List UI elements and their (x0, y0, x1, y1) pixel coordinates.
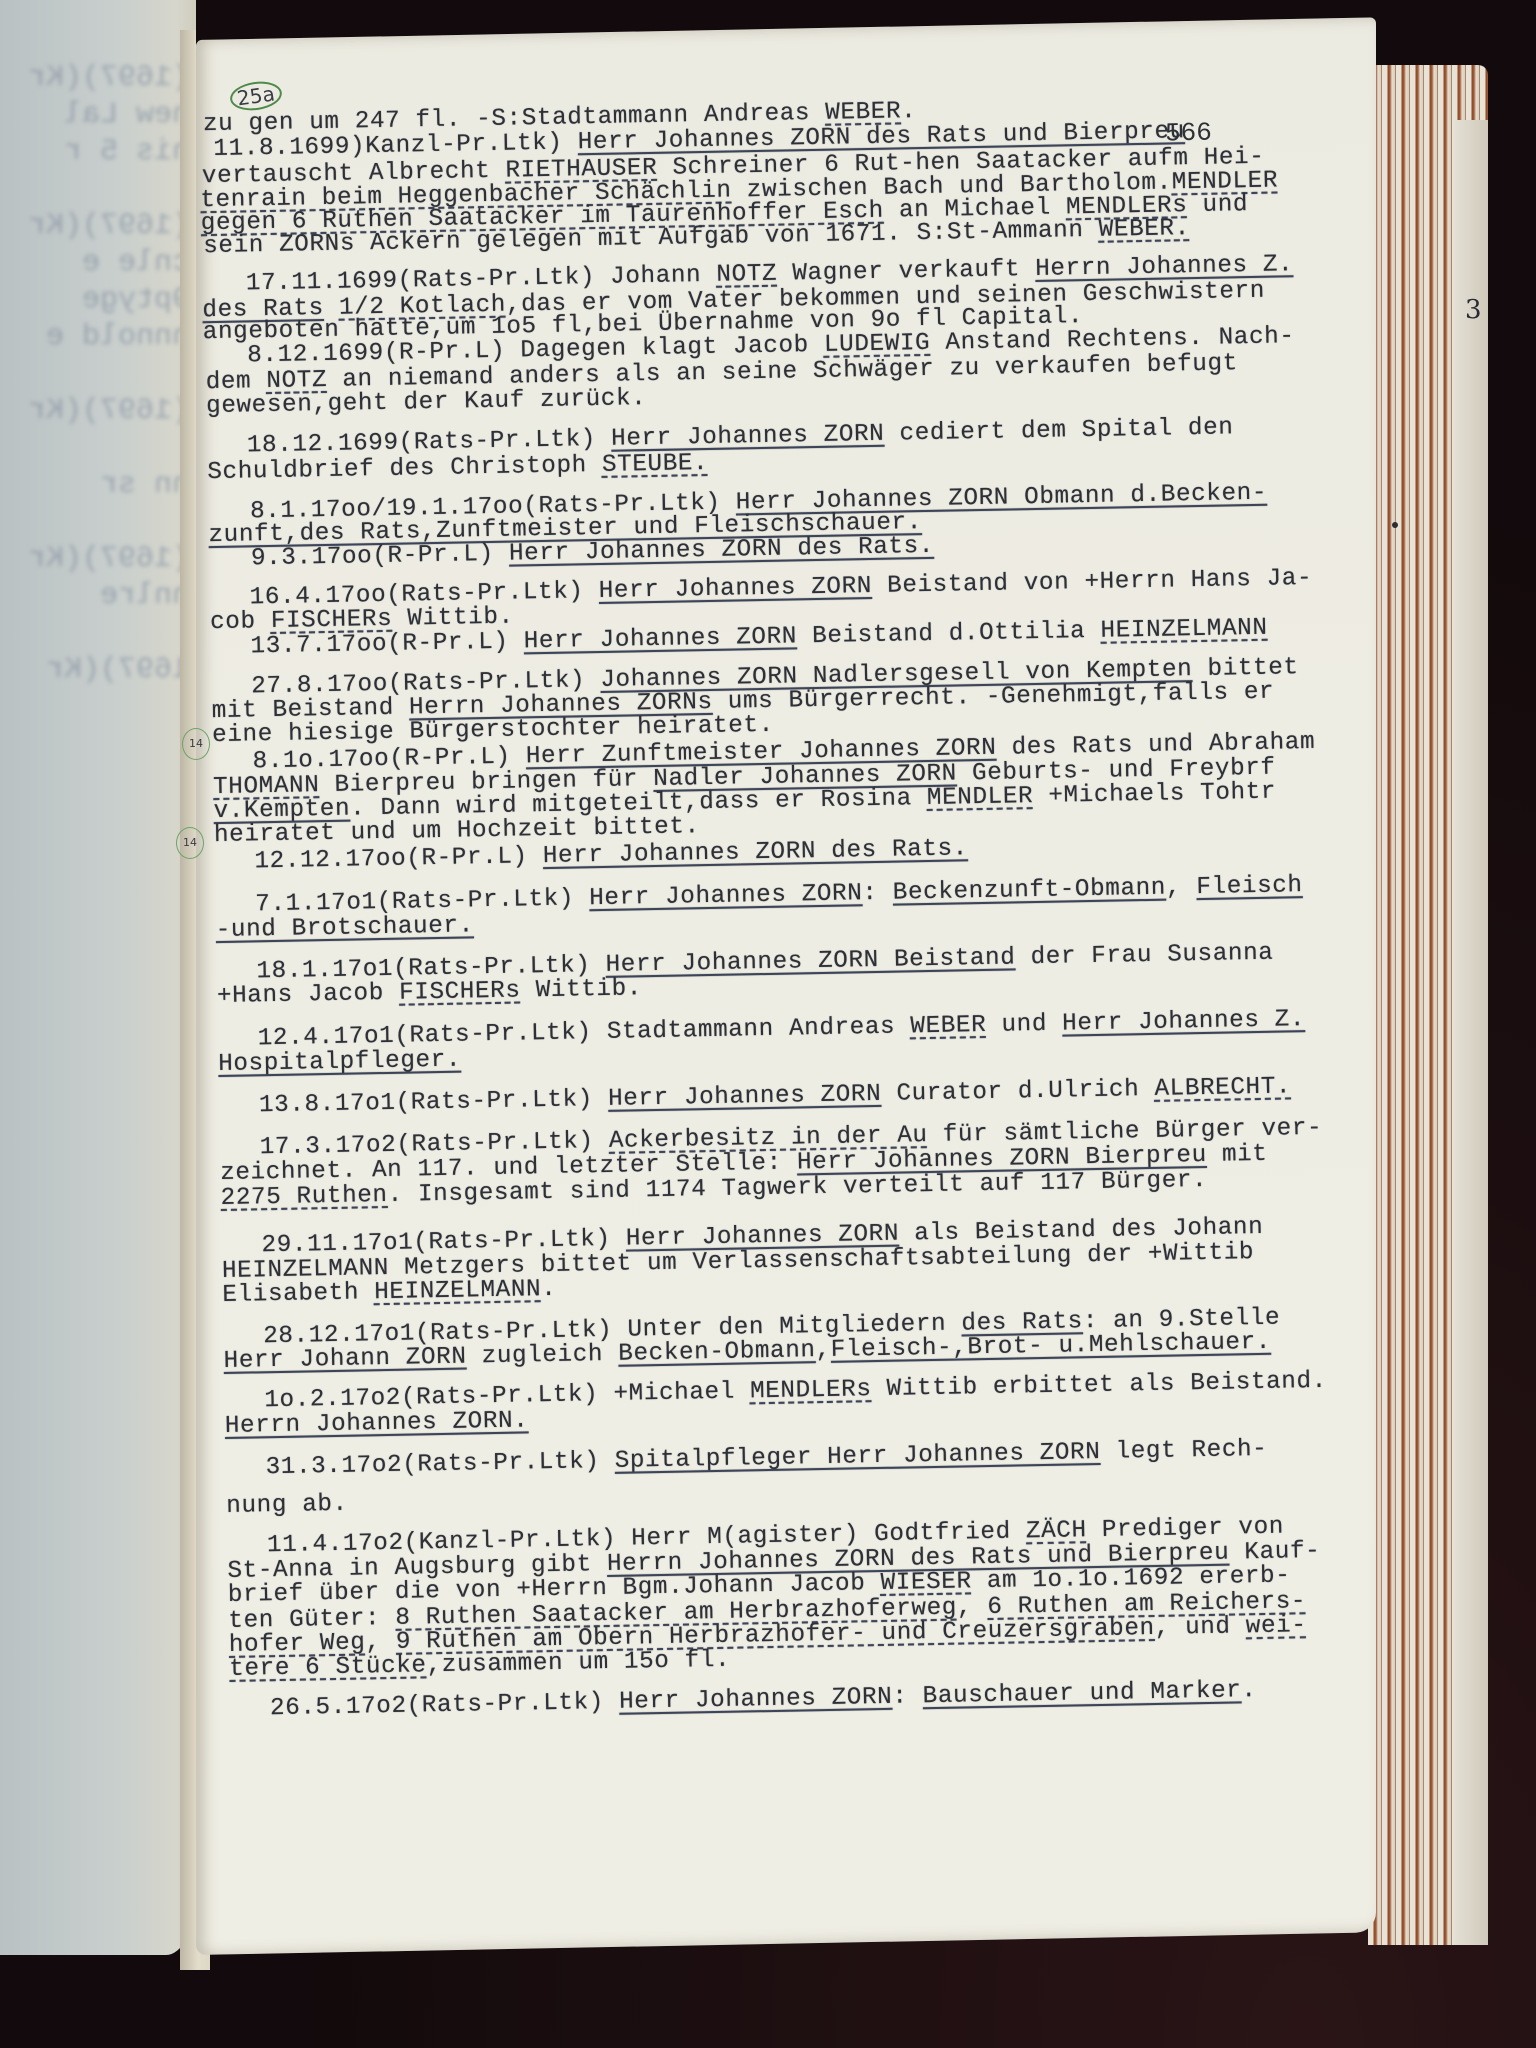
underlined-text: STEUBE. (602, 450, 709, 479)
left-facing-page: (1697)(Kr new Lal nis 5 r (1697)(Kr cnle… (0, 0, 196, 1955)
text-segment: 13.7.17oo(R-Pr.L) (250, 628, 524, 660)
text-segment: Curator d.Ulrich (881, 1076, 1155, 1108)
text-segment: und (986, 1011, 1062, 1039)
text-segment: , und (1155, 1613, 1247, 1642)
text-segment: gewesen,geht der Kauf zurück. (206, 385, 647, 420)
text-segment: ,zusammen um 15o fl. (426, 1647, 730, 1680)
text-segment: : (862, 880, 893, 908)
underlined-text: MENDLERs (750, 1376, 872, 1405)
last-leaf (1454, 120, 1488, 1945)
underlined-text: Bauschauer und Marker (922, 1677, 1241, 1710)
underlined-text: MENDLER (927, 783, 1034, 812)
margin-circle-note: 14 (182, 728, 210, 760)
text-segment: Wittib. (520, 975, 642, 1004)
underlined-text: HEINZELMANN (374, 1276, 541, 1306)
text-segment: mit (1207, 1141, 1268, 1169)
text-segment: +Hans Jacob (217, 980, 400, 1010)
underlined-text: NOTZ (716, 261, 777, 289)
page-edges-stack (1368, 65, 1488, 1945)
underlined-text: Herr Johannes ZORN (608, 1081, 882, 1113)
text-segment: , (815, 1337, 831, 1364)
underlined-text: Herr Johannes ZORN Beistand (605, 944, 1015, 979)
text-line: Herrn Johannes ZORN. (225, 1406, 529, 1442)
underlined-text: Herrn Johannes ZORN. (225, 1407, 529, 1440)
underlined-text: WEBER. (1098, 215, 1190, 244)
text-line: Elisabeth HEINZELMANN. (222, 1275, 556, 1311)
text-segment: Schuldbrief des Christoph (207, 452, 602, 486)
text-segment: Beistand von +Herrn Hans Ja- (872, 565, 1313, 600)
underlined-text: Becken-Obmann (618, 1337, 816, 1368)
margin-dot (1392, 522, 1398, 528)
underlined-text: Herr Johann ZORN (223, 1344, 466, 1375)
underlined-text: Herr Johannes ZORN (589, 880, 863, 912)
text-segment: nung ab. (226, 1491, 348, 1520)
margin-circle-note: 14 (176, 827, 204, 859)
text-segment: 9.3.17oo(R-Pr.L) (251, 541, 510, 573)
underlined-text: ALBRECHT. (1154, 1073, 1291, 1102)
underlined-text: Herr Johannes ZORN (524, 623, 798, 655)
text-segment: zugleich (466, 1341, 618, 1371)
edge-handwritten-mark: 3 (1465, 295, 1482, 325)
underlined-text: Fleisch-,Brot- u.Mehlschauer. (831, 1329, 1272, 1364)
text-segment: . (1241, 1677, 1257, 1704)
underlined-text: wei- (1246, 1612, 1307, 1640)
underlined-text: Fleisch (1196, 872, 1303, 901)
underlined-text: Hospitalpfleger. (218, 1047, 461, 1078)
text-segment: Wittib erbittet als Beistand. (871, 1368, 1327, 1403)
text-line: nung ab. (226, 1490, 348, 1522)
text-segment: Elisabeth (222, 1279, 374, 1309)
text-segment: 12.12.17oo(R-Pr.L) (254, 843, 543, 875)
text-segment: legt Rech- (1100, 1436, 1267, 1466)
underlined-text: Herr Johannes Z. (1062, 1006, 1305, 1037)
text-segment: cediert dem Spital den (884, 414, 1234, 447)
underlined-text: WEBER (910, 1012, 986, 1040)
text-segment: 31.3.17o2(Rats-Pr.Ltk) (265, 1448, 615, 1481)
underlined-text: -und Brotschauer. (216, 912, 475, 944)
underlined-text: Beckenzunft-Obmann (893, 875, 1167, 907)
left-page-bleed-text: (1697)(Kr new Lal nis 5 r (1697)(Kr cnle… (0, 60, 190, 689)
underlined-text: Herr Johannes ZORN (611, 421, 885, 453)
text-line: -und Brotschauer. (216, 911, 475, 946)
underlined-text: FISCHERs (399, 978, 521, 1007)
text-segment: 13.8.17o1(Rats-Pr.Ltk) (259, 1086, 609, 1119)
underlined-text: Herr Johannes ZORN (619, 1684, 893, 1716)
underlined-text: Herr Johannes ZORN (599, 573, 873, 605)
text-line: Hospitalpfleger. (218, 1046, 461, 1080)
text-segment: . (541, 1276, 557, 1303)
text-segment: 26.5.17o2(Rats-Pr.Ltk) (270, 1689, 620, 1722)
text-segment: , (1166, 874, 1197, 902)
text-segment: und (1187, 191, 1248, 219)
underlined-text: tere 6 Stücke (229, 1652, 427, 1683)
text-segment: Beistand d.Ottilia (797, 618, 1101, 651)
text-segment: der Frau Susanna (1015, 940, 1274, 972)
underlined-text: 2275 Ruthen (220, 1182, 387, 1212)
underlined-text: Herr Johannes ZORN des Rats. (509, 533, 934, 568)
text-segment: : (892, 1683, 923, 1711)
underlined-text: HEINZELMANN (1100, 615, 1267, 645)
underlined-text: Herr Johannes ZORN des Rats. (543, 835, 968, 870)
text-segment: +Michaels Tohtr (1033, 779, 1276, 810)
